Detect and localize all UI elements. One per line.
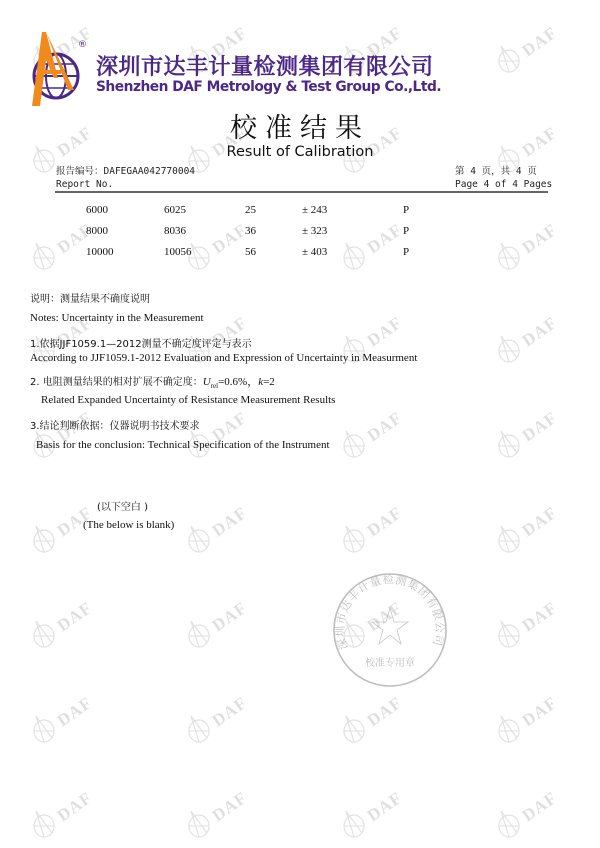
table-row: 8000803636± 323P — [0, 225, 600, 245]
report-number-label-en: Report No. — [56, 178, 195, 191]
table-row: 100001005656± 403P — [0, 246, 600, 266]
note-item2-label: 2. 电阻测量结果的相对扩展不确定度： — [30, 377, 203, 388]
registered-mark: ® — [78, 40, 87, 50]
blank-note-en: (The below is blank) — [83, 519, 174, 531]
conclusion-value: P — [403, 225, 409, 237]
measured-value: 10056 — [164, 246, 192, 258]
note-item1-cn: 1.依据JJF1059.1—2012测量不确定度评定与表示 — [30, 335, 252, 350]
note-item3-en: Basis for the conclusion: Technical Spec… — [36, 439, 330, 451]
note-item2-cn: 2. 电阻测量结果的相对扩展不确定度：Urel=0.6%，k=2 — [30, 373, 275, 390]
nominal-value: 10000 — [86, 246, 114, 258]
uncertainty-value: ± 323 — [302, 225, 327, 237]
header-divider — [55, 191, 548, 193]
calibration-seal-icon: 深圳市达丰计量检测集团有限公司 校准专用章 — [330, 570, 450, 690]
nominal-value: 8000 — [86, 225, 108, 237]
urel-symbol: U — [203, 376, 211, 388]
conclusion-value: P — [403, 204, 409, 216]
page-info-en: Page 4 of 4 Pages — [455, 178, 552, 191]
note-item1-en: According to JJF1059.1-2012 Evaluation a… — [30, 352, 417, 364]
page-info-block: 第 4 页，共 4 页 Page 4 of 4 Pages — [455, 165, 552, 191]
measured-value: 6025 — [164, 204, 186, 216]
urel-value: =0.6%， — [218, 376, 258, 388]
table-row: 6000602525± 243P — [0, 204, 600, 224]
svg-text:深圳市达丰计量检测集团有限公司: 深圳市达丰计量检测集团有限公司 — [333, 572, 446, 651]
note-item2-en: Related Expanded Uncertainty of Resistan… — [41, 394, 335, 406]
error-value: 36 — [245, 225, 256, 237]
uncertainty-value: ± 243 — [302, 204, 327, 216]
calibration-report-page: ® 深圳市达丰计量检测集团有限公司 Shenzhen DAF Metrology… — [0, 0, 600, 848]
report-number-block: 报告编号：DAFEGAA042770004 Report No. — [56, 165, 195, 191]
error-value: 25 — [245, 204, 256, 216]
page-info-cn: 第 4 页，共 4 页 — [455, 165, 552, 178]
note-item3-cn: 3.结论判断依据：仪器说明书技术要求 — [30, 417, 200, 432]
uncertainty-value: ± 403 — [302, 246, 327, 258]
svg-text:校准专用章: 校准专用章 — [365, 656, 415, 669]
page-title-cn: 校准结果 — [0, 106, 600, 145]
company-name-en: Shenzhen DAF Metrology & Test Group Co.,… — [96, 79, 441, 95]
nominal-value: 6000 — [86, 204, 108, 216]
urel-subscript: rel — [211, 382, 218, 390]
blank-note-cn: (以下空白 ) — [97, 498, 148, 513]
conclusion-value: P — [403, 246, 409, 258]
report-number-label-cn: 报告编号： — [56, 166, 104, 177]
report-number: DAFEGAA042770004 — [104, 166, 196, 177]
notes-heading-en: Notes: Uncertainty in the Measurement — [30, 312, 204, 324]
k-value: =2 — [263, 376, 275, 388]
page-title-en: Result of Calibration — [0, 144, 600, 160]
error-value: 56 — [245, 246, 256, 258]
company-name-cn: 深圳市达丰计量检测集团有限公司 — [96, 50, 434, 81]
measured-value: 8036 — [164, 225, 186, 237]
notes-heading-cn: 说明：测量结果不确度说明 — [30, 290, 150, 305]
